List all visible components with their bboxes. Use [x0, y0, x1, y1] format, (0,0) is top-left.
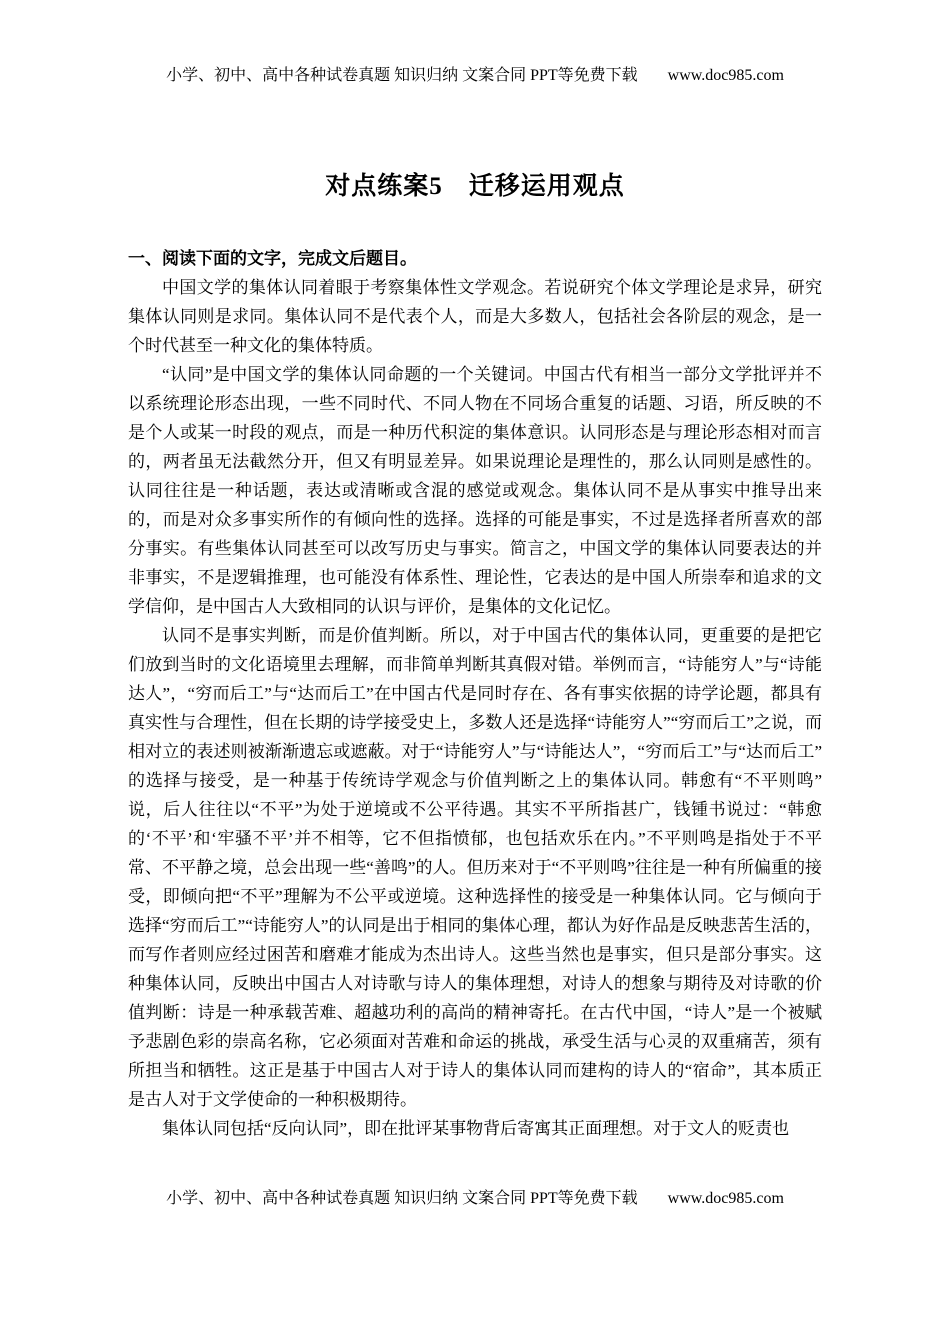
page-header: 小学、初中、高中各种试卷真题 知识归纳 文案合同 PPT等免费下载www.doc… — [0, 66, 950, 86]
header-promo-text: 小学、初中、高中各种试卷真题 知识归纳 文案合同 PPT等免费下载 — [166, 67, 638, 84]
footer-promo-text: 小学、初中、高中各种试卷真题 知识归纳 文案合同 PPT等免费下载 — [166, 1190, 638, 1207]
document-page: 小学、初中、高中各种试卷真题 知识归纳 文案合同 PPT等免费下载www.doc… — [0, 0, 950, 1344]
page-title: 对点练案5 迁移运用观点 — [0, 166, 950, 202]
body-paragraph: “认同”是中国文学的集体认同命题的一个关键词。中国古代有相当一部分文学批评并不以… — [128, 360, 822, 621]
header-site-url: www.doc985.com — [668, 66, 784, 86]
section-heading: 一、阅读下面的文字，完成文后题目。 — [128, 244, 822, 273]
body-paragraph: 集体认同包括“反向认同”，即在批评某事物背后寄寓其正面理想。对于文人的贬责也 — [128, 1114, 822, 1143]
footer-site-url: www.doc985.com — [668, 1189, 784, 1209]
article-body: 一、阅读下面的文字，完成文后题目。 中国文学的集体认同着眼于考察集体性文学观念。… — [128, 244, 822, 1143]
page-footer: 小学、初中、高中各种试卷真题 知识归纳 文案合同 PPT等免费下载www.doc… — [0, 1189, 950, 1209]
body-paragraph: 认同不是事实判断，而是价值判断。所以，对于中国古代的集体认同，更重要的是把它们放… — [128, 621, 822, 1114]
body-paragraph: 中国文学的集体认同着眼于考察集体性文学观念。若说研究个体文学理论是求异，研究集体… — [128, 273, 822, 360]
